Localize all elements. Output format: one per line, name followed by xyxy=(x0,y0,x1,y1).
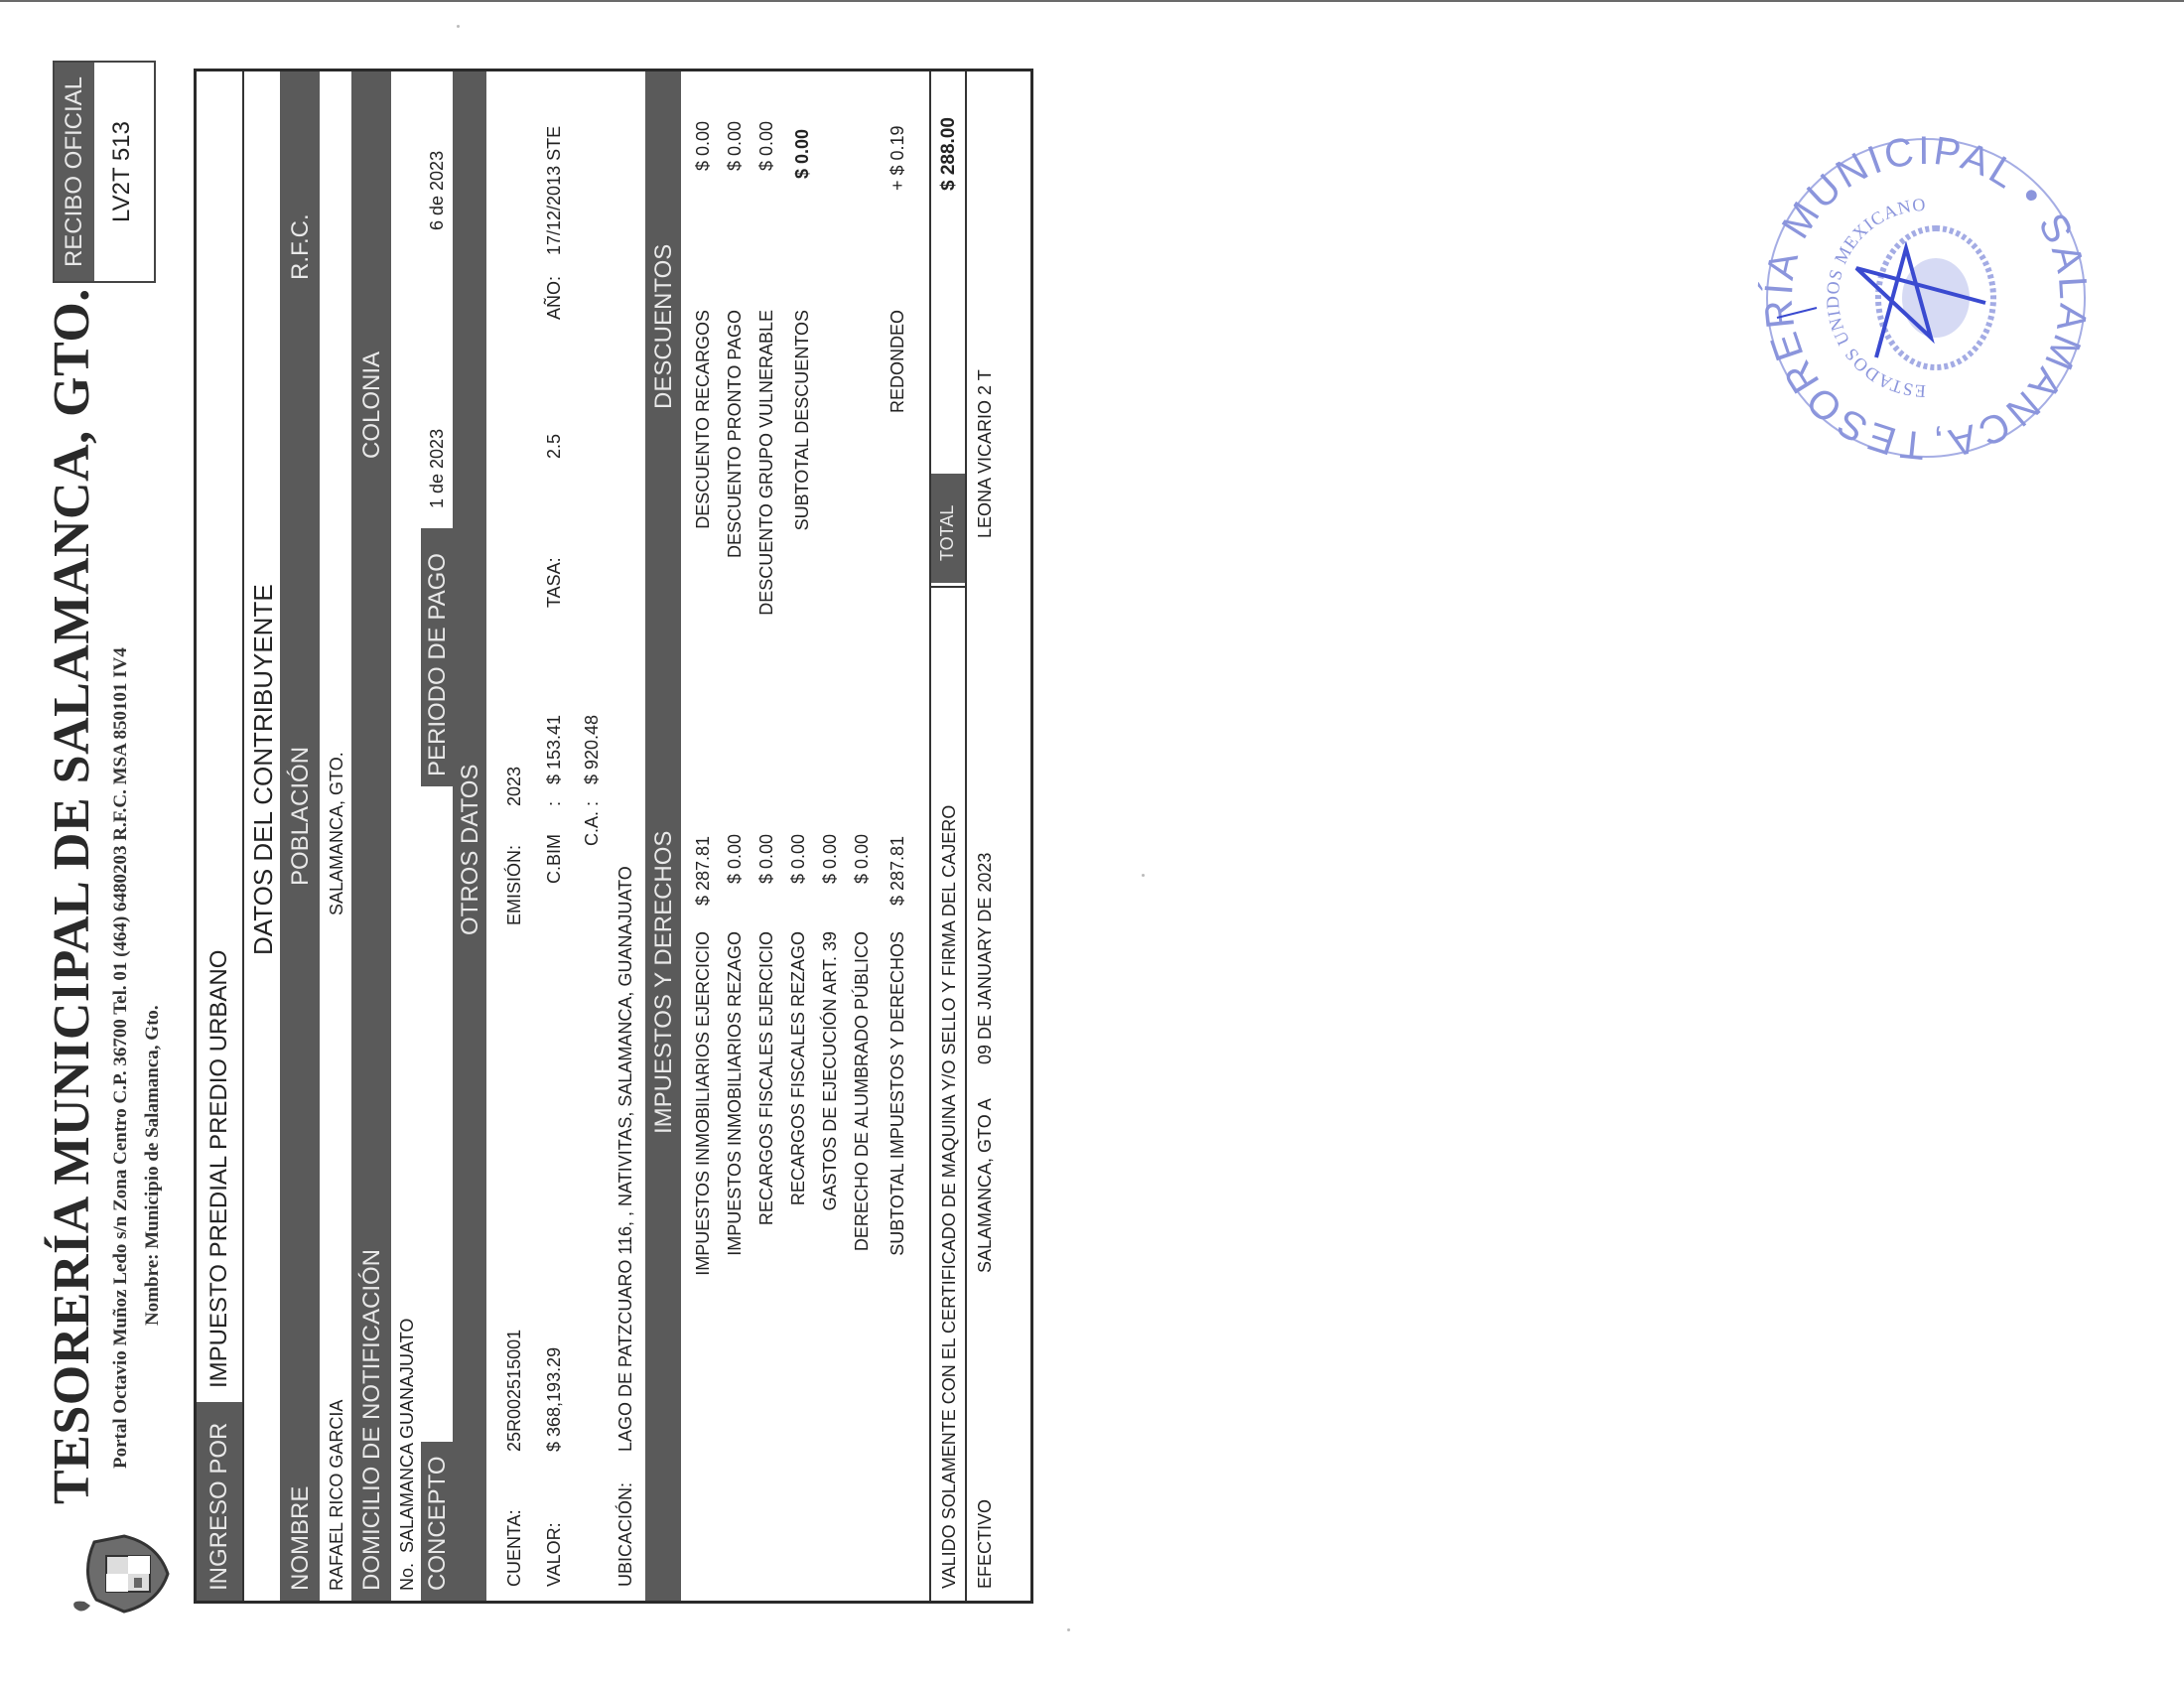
receipt-document: TESORERÍA MUNICIPAL DE SALAMANCA, GTO. P… xyxy=(15,45,1047,1623)
concepto-label: CONCEPTO xyxy=(424,1456,452,1591)
contribuyente-section: DATOS DEL CONTRIBUYENTE xyxy=(244,71,280,1601)
descuentos-title: DESCUENTOS xyxy=(650,244,678,409)
domicilio-values-row: No. SALAMANCA GUANAJUATO xyxy=(391,71,421,1601)
receipt-form: INGRESO POR IMPUESTO PREDIAL PREDIO URBA… xyxy=(194,69,1033,1604)
descuento-item-label: DESCUENTO PRONTO PAGO xyxy=(725,310,746,558)
domicilio-header-row: DOMICILIO DE NOTIFICACIÓN COLONIA xyxy=(351,71,391,1601)
contribuyente-title: DATOS DEL CONTRIBUYENTE xyxy=(248,584,279,955)
descuento-item-amount: $ 0.00 xyxy=(693,121,714,171)
validity-note: VALIDO SOLAMENTE CON EL CERTIFICADO DE M… xyxy=(939,805,960,1589)
payment-date: 09 DE JANUARY DE 2023 xyxy=(975,853,996,1064)
redondeo-label: REDONDEO xyxy=(887,310,908,413)
cashier-name: LEONA VICARIO 2 T xyxy=(975,369,996,538)
emision-label: EMISIÓN: xyxy=(504,845,525,925)
subtotal-descuentos-label: SUBTOTAL DESCUENTOS xyxy=(792,310,813,530)
redondeo-value: + $ 0.19 xyxy=(887,125,908,191)
valor-label: VALOR: xyxy=(544,1522,565,1587)
payment-info-row: EFECTIVO SALAMANCA, GTO A 09 DE JANUARY … xyxy=(967,71,1001,1601)
ubicacion-label: UBICACIÓN: xyxy=(615,1482,636,1587)
impuestos-descuentos-section: IMPUESTOS INMOBILIARIOS EJERCICIO$ 287.8… xyxy=(681,71,925,1601)
impuesto-item-amount: $ 287.81 xyxy=(693,836,714,906)
ingreso-value: IMPUESTO PREDIAL PREDIO URBANO xyxy=(205,950,233,1388)
otros-datos-header-row: OTROS DATOS xyxy=(453,71,486,1601)
municipality-name: Nombre: Municipio de Salamanca, Gto. xyxy=(142,1005,164,1326)
emision-value: 2023 xyxy=(504,767,525,806)
scan-edge-line xyxy=(0,0,2184,2)
descuento-item-label: DESCUENTO RECARGOS xyxy=(693,310,714,529)
tasa-value: 2.5 xyxy=(544,434,565,459)
impuesto-item-amount: $ 0.00 xyxy=(820,834,841,884)
impuesto-item-amount: $ 0.00 xyxy=(852,834,873,884)
payment-place: SALAMANCA, GTO A xyxy=(975,1098,996,1273)
cbim-colon: : xyxy=(544,801,565,806)
impuesto-item-label: RECARGOS FISCALES EJERCICIO xyxy=(756,931,777,1225)
institution-address: Portal Octavio Muñoz Ledo s/n Zona Centr… xyxy=(110,647,132,1469)
ingreso-label: INGRESO POR xyxy=(205,1423,233,1591)
descuento-item-amount: $ 0.00 xyxy=(756,121,777,171)
anio-label: AÑO: xyxy=(544,276,565,320)
taxpayer-poblacion: SALAMANCA, GTO. xyxy=(327,752,347,915)
total-label: TOTAL xyxy=(937,505,958,561)
subtotal-descuentos-value: $ 0.00 xyxy=(792,129,813,179)
official-seal-stamp-icon: TESORERÍA MUNICIPAL • SALAMANCA, GTO. • … xyxy=(1757,129,2095,467)
ingreso-row: INGRESO POR IMPUESTO PREDIAL PREDIO URBA… xyxy=(197,71,242,1601)
cuenta-label: CUENTA: xyxy=(504,1509,525,1587)
impuesto-item-label: IMPUESTOS INMOBILIARIOS EJERCICIO xyxy=(693,931,714,1276)
impuesto-item-amount: $ 0.00 xyxy=(756,834,777,884)
descuento-item-label: DESCUENTO GRUPO VULNERABLE xyxy=(756,310,777,616)
periodo-desde: 1 de 2023 xyxy=(427,429,448,508)
nombre-label: NOMBRE xyxy=(287,1486,315,1591)
ca-label: C.A. xyxy=(582,811,603,846)
tasa-label: TASA: xyxy=(544,557,565,608)
ubicacion-value: LAGO DE PATZCUARO 116, , NATIVITAS, SALA… xyxy=(615,866,636,1452)
cbim-label: C.BIM xyxy=(544,834,565,884)
otros-datos-label: OTROS DATOS xyxy=(457,765,484,935)
institution-title: TESORERÍA MUNICIPAL DE SALAMANCA, GTO. xyxy=(43,288,101,1504)
official-receipt-box: RECIBO OFICIAL LV2T 513 xyxy=(53,61,156,283)
valor-value: $ 368,193.29 xyxy=(544,1347,565,1452)
subtotal-impuestos-value: $ 287.81 xyxy=(887,836,908,906)
poblacion-label: POBLACIÓN xyxy=(287,747,315,886)
descuento-item-amount: $ 0.00 xyxy=(725,121,746,171)
svg-text:ESTADOS UNIDOS MEXICANOS: ESTADOS UNIDOS MEXICANOS xyxy=(1757,195,1927,467)
impuesto-item-amount: $ 0.00 xyxy=(725,834,746,884)
total-value: $ 288.00 xyxy=(938,117,960,191)
nombre-values-row: RAFAEL RICO GARCIA SALAMANCA, GTO. xyxy=(320,71,351,1601)
receipt-number: LV2T 513 xyxy=(94,63,150,281)
impuesto-item-label: RECARGOS FISCALES REZAGO xyxy=(788,931,809,1205)
domicilio-label: DOMICILIO DE NOTIFICACIÓN xyxy=(358,1249,386,1591)
impuesto-item-label: GASTOS DE EJECUCIÓN ART. 39 xyxy=(820,931,841,1210)
no-label: No. xyxy=(397,1563,418,1591)
impuesto-item-amount: $ 0.00 xyxy=(788,834,809,884)
validity-total-row: VALIDO SOLAMENTE CON EL CERTIFICADO DE M… xyxy=(931,71,965,1601)
ca-value: $ 920.48 xyxy=(582,715,603,784)
otros-datos-section: CUENTA: 25R002515001 EMISIÓN: 2023 VALOR… xyxy=(486,71,635,1601)
rfc-label: R.F.C. xyxy=(287,213,315,280)
svg-text:TESORERÍA MUNICIPAL • SALAMANC: TESORERÍA MUNICIPAL • SALAMANCA, GTO. • xyxy=(1757,129,2095,467)
nombre-header-row: NOMBRE POBLACIÓN R.F.C. xyxy=(280,71,320,1601)
periodo-hasta: 6 de 2023 xyxy=(427,151,448,230)
payment-method: EFECTIVO xyxy=(975,1499,996,1589)
anio-value: 17/12/2013 STE xyxy=(544,126,565,255)
official-receipt-label: RECIBO OFICIAL xyxy=(55,63,94,281)
colonia-label: COLONIA xyxy=(358,352,386,459)
conceptos-header-row: IMPUESTOS Y DERECHOS DESCUENTOS xyxy=(645,71,681,1601)
impuesto-item-label: IMPUESTOS INMOBILIARIOS REZAGO xyxy=(725,931,746,1256)
ca-colon: : xyxy=(582,801,603,806)
periodo-label: PERIODO DE PAGO xyxy=(424,553,452,776)
impuesto-item-label: DERECHO DE ALUMBRADO PÚBLICO xyxy=(852,931,873,1251)
impuestos-title: IMPUESTOS Y DERECHOS xyxy=(650,831,678,1134)
municipal-crest-icon xyxy=(55,1524,174,1623)
taxpayer-name: RAFAEL RICO GARCIA xyxy=(327,1400,347,1591)
subtotal-impuestos-label: SUBTOTAL IMPUESTOS Y DERECHOS xyxy=(887,931,908,1256)
total-label-box: TOTAL xyxy=(931,474,965,583)
taxpayer-domicilio: SALAMANCA GUANAJUATO xyxy=(397,1319,418,1553)
cuenta-value: 25R002515001 xyxy=(504,1330,525,1452)
cbim-value: $ 153.41 xyxy=(544,715,565,784)
concepto-header-row: CONCEPTO PERIODO DE PAGO 1 de 2023 6 de … xyxy=(421,71,453,1601)
